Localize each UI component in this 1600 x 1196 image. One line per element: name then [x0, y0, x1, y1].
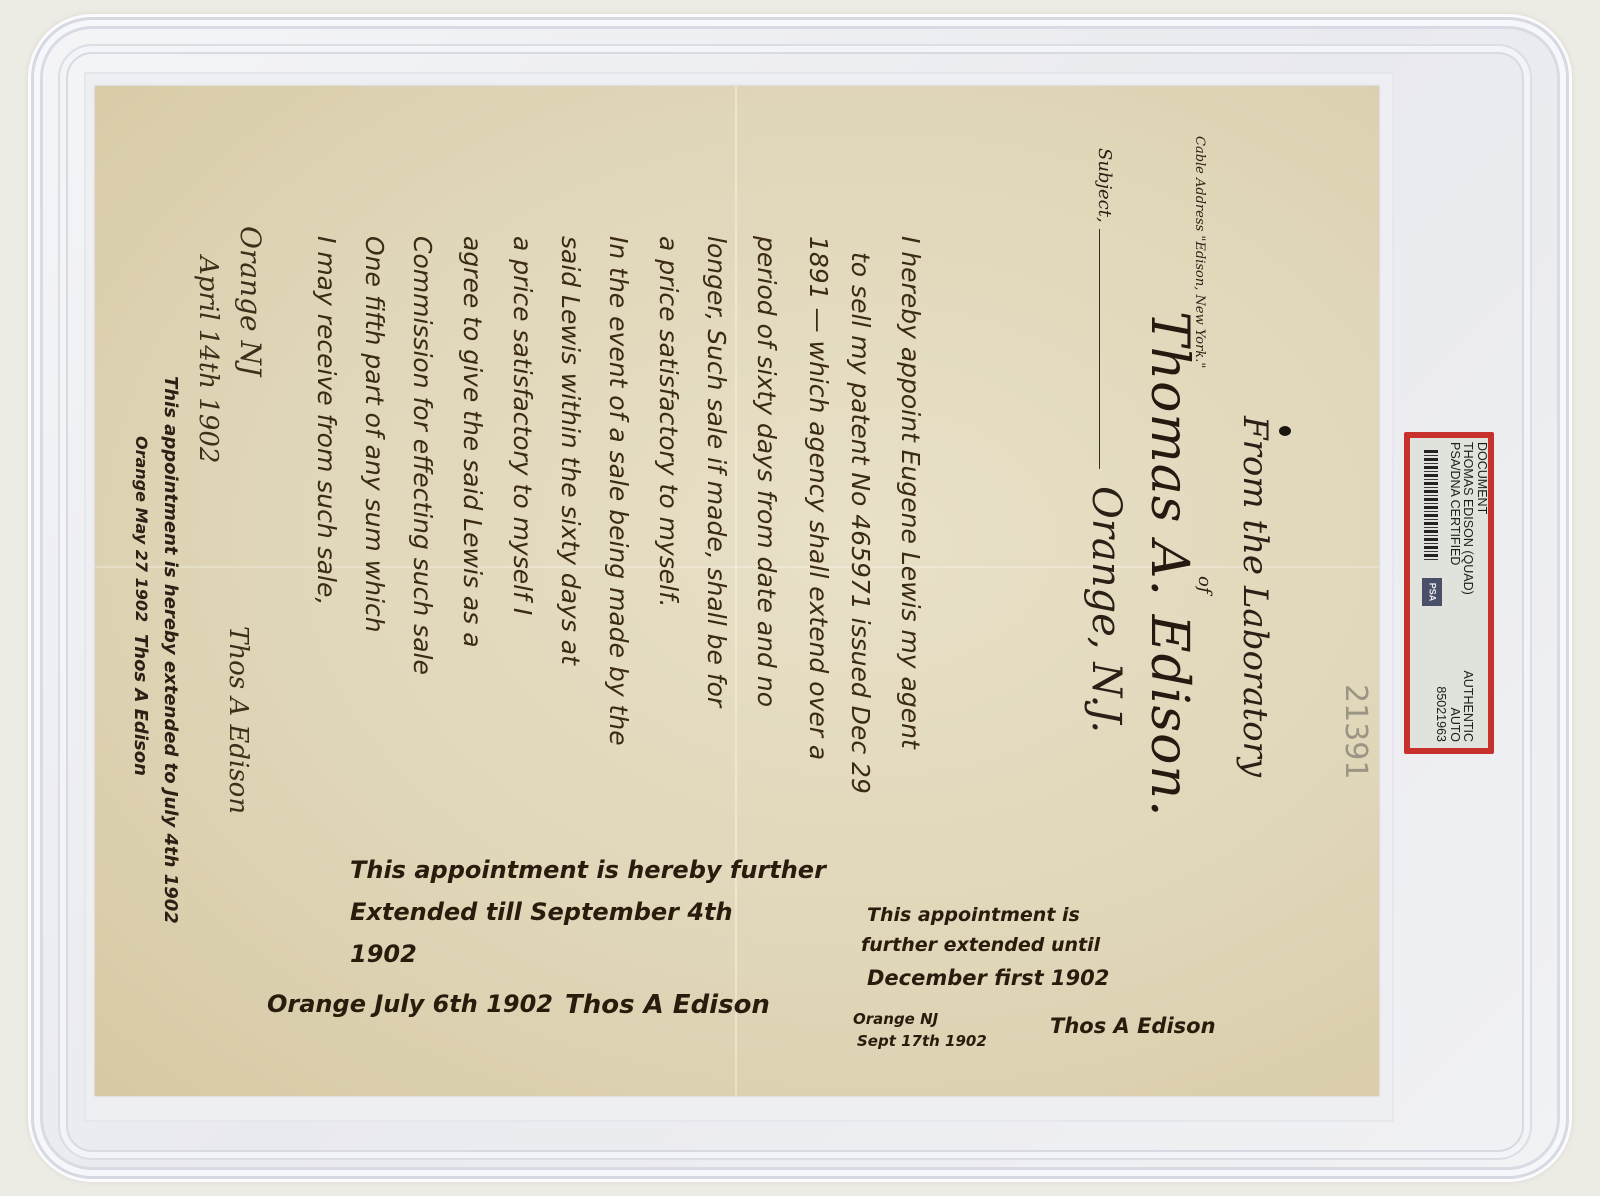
letter-line: longer, Such sale if made, shall be for	[702, 236, 731, 707]
psa-label-auto: AUTO	[1448, 708, 1462, 743]
psa-label-certified: PSA/DNA CERTIFIED	[1448, 442, 1462, 565]
extension-3-line: This appointment is	[867, 904, 1080, 926]
paper-fold-vertical	[735, 86, 737, 1096]
extension-1-signature: Thos A Edison	[130, 634, 151, 776]
letter-line: period of sixty days from date and no	[752, 236, 781, 707]
psa-certification-label: PSA DOCUMENT THOMAS EDISON (QUAD)AUTHENT…	[1404, 432, 1494, 754]
extension-3-date: Sept 17th 1902	[857, 1032, 987, 1050]
letter-line: I may receive from such sale,	[312, 236, 341, 605]
extension-2-line: This appointment is hereby further	[350, 856, 826, 884]
extension-2-line: 1902	[350, 940, 417, 968]
pencil-note: 21391	[1338, 684, 1373, 779]
psa-cert-number: 85021963	[1434, 686, 1448, 742]
letterhead-place: Orange, N.J.	[1083, 486, 1129, 733]
letter-line: In the event of a sale being made by the	[604, 236, 633, 746]
extension-3-place: Orange NJ	[853, 1010, 938, 1028]
letter-line: One fifth part of any sum which	[360, 236, 389, 633]
extension-1-place-date: Orange May 27 1902	[132, 436, 151, 622]
ink-blot	[1279, 426, 1291, 436]
letter-line: a price satisfactory to myself I	[508, 236, 537, 615]
letter-date: April 14th 1902	[193, 256, 223, 463]
psa-label-line1: DOCUMENT	[1475, 442, 1489, 514]
extension-3-line: further extended until	[861, 934, 1100, 956]
letter-place: Orange NJ	[234, 226, 267, 376]
letter-line: Commission for effecting such sale	[408, 236, 437, 675]
letter-line: to sell my patent No 465971 issued Dec 2…	[846, 252, 875, 794]
extension-2-line: Extended till September 4th	[350, 898, 733, 926]
letter-line: agree to give the said Lewis as a	[458, 236, 487, 648]
letter-line: 1891 — which agency shall extend over a	[804, 236, 833, 760]
extension-2-signature: Thos A Edison	[565, 990, 770, 1020]
letterhead-name: Thomas A. Edison.	[1139, 311, 1199, 818]
extension-3-line: December first 1902	[867, 966, 1109, 990]
psa-label-grade: AUTHENTIC	[1461, 670, 1475, 742]
extension-3-signature: Thos A Edison	[1050, 1014, 1216, 1038]
letter-line: I hereby appoint Eugene Lewis my agent	[896, 236, 925, 749]
letter-signature: Thos A Edison	[223, 626, 253, 814]
document-paper: Cable Address "Edison, New York." From t…	[95, 86, 1379, 1096]
letter-line: said Lewis within the sixty days at	[556, 236, 585, 665]
letter-line: a price satisfactory to myself.	[654, 236, 683, 607]
psa-label-body: PSA DOCUMENT THOMAS EDISON (QUAD)AUTHENT…	[1410, 438, 1488, 748]
psa-label-subject: THOMAS EDISON (QUAD)	[1461, 442, 1475, 595]
psa-label-text: DOCUMENT THOMAS EDISON (QUAD)AUTHENTIC P…	[1434, 438, 1488, 748]
extension-1-text: This appointment is hereby extended to J…	[160, 376, 181, 924]
letterhead-from-line: From the Laboratory	[1235, 416, 1275, 777]
subject-label: Subject,	[1094, 148, 1115, 223]
extension-2-place-date: Orange July 6th 1902	[267, 990, 553, 1018]
subject-line	[1099, 229, 1114, 469]
subject-field: Subject,	[1094, 148, 1115, 469]
